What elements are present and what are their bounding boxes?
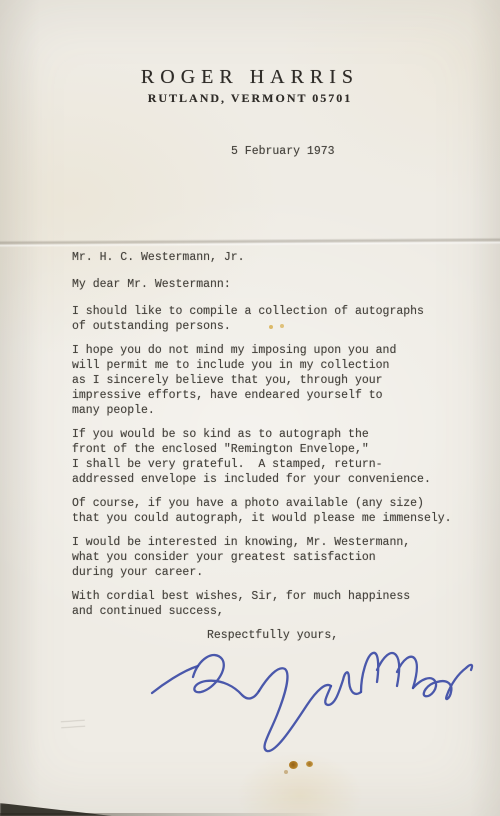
fold-crease — [0, 237, 500, 247]
salutation: My dear Mr. Westermann: — [72, 277, 484, 292]
paragraph-2: I hope you do not mind my imposing upon … — [72, 343, 484, 418]
signature-ink-strokes — [138, 641, 486, 771]
paragraph-3: If you would be so kind as to autograph … — [72, 427, 484, 487]
signature-handwriting — [138, 641, 486, 771]
letterhead: ROGER HARRIS RUTLAND, VERMONT 05701 — [0, 66, 500, 106]
paragraph-5: I would be interested in knowing, Mr. We… — [72, 535, 484, 580]
paragraph-6: With cordial best wishes, Sir, for much … — [72, 589, 484, 619]
letterhead-address: RUTLAND, VERMONT 05701 — [0, 91, 500, 106]
paragraph-1: I should like to compile a collection of… — [72, 304, 484, 334]
date-line: 5 February 1973 — [231, 144, 335, 159]
pencil-mark — [61, 718, 86, 730]
letter-body: Mr. H. C. Westermann, Jr. My dear Mr. We… — [72, 250, 484, 643]
letterhead-name: ROGER HARRIS — [0, 66, 500, 89]
paragraph-4: Of course, if you have a photo available… — [72, 496, 484, 526]
recipient-line: Mr. H. C. Westermann, Jr. — [72, 250, 484, 265]
scanned-letter-sheet: ROGER HARRIS RUTLAND, VERMONT 05701 5 Fe… — [0, 0, 500, 816]
